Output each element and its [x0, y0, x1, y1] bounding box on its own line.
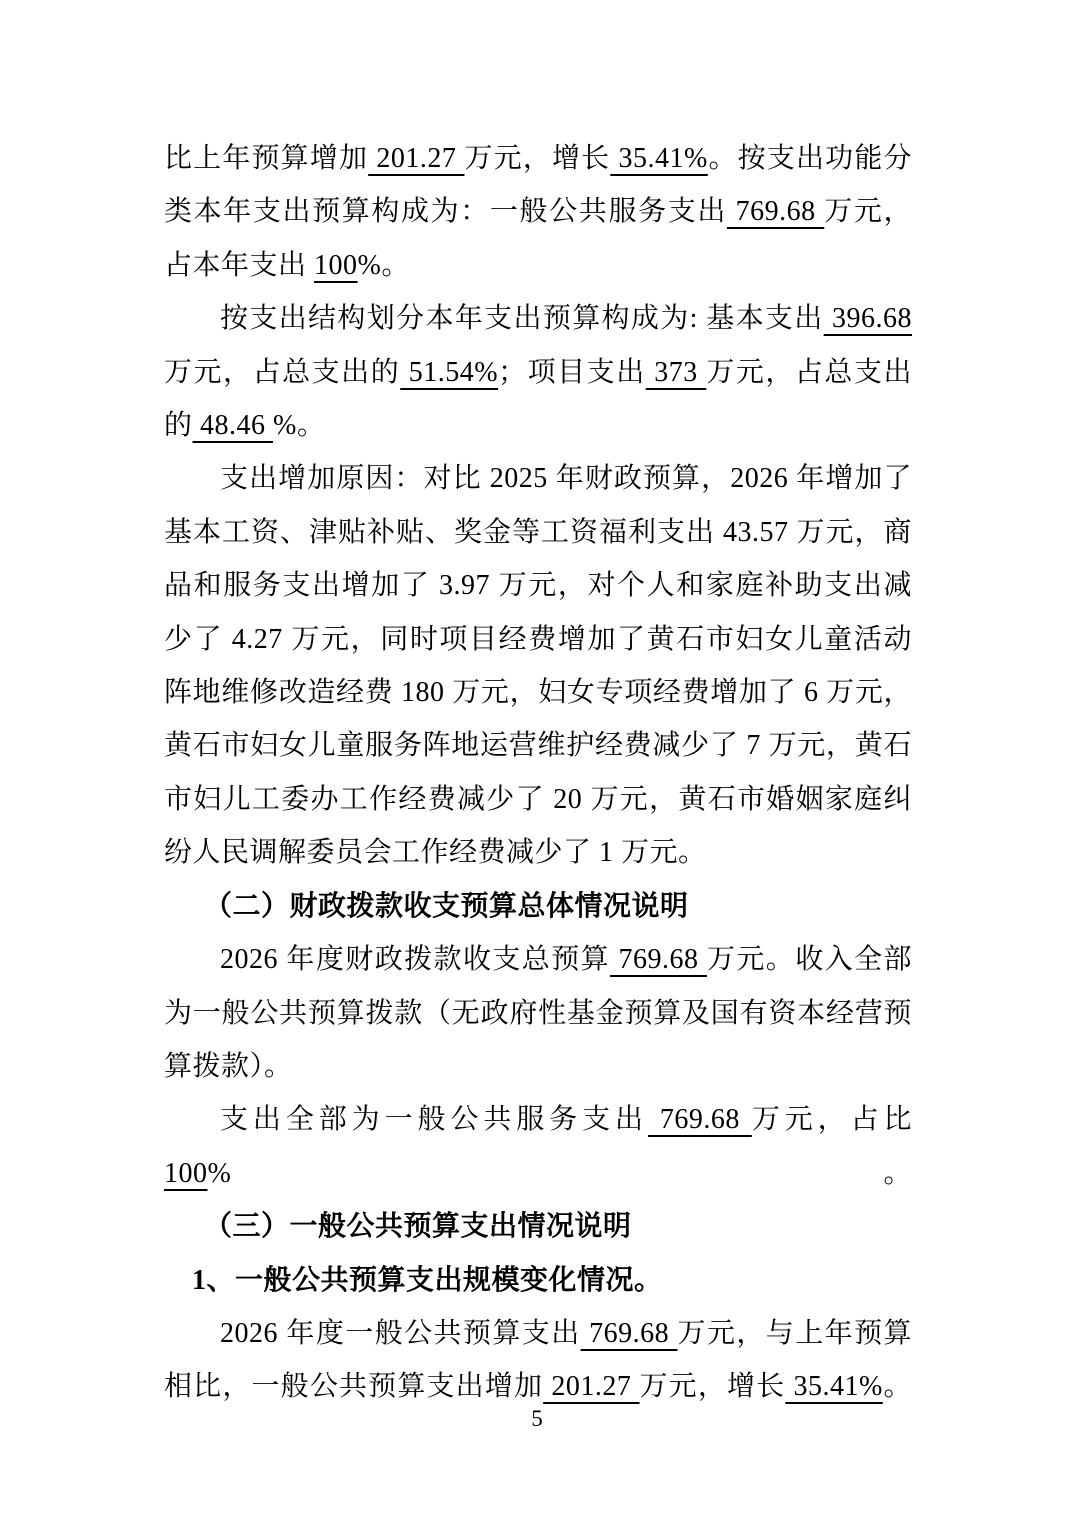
text-segment: 阵地维修改造经费 180 万元，妇女专项经费增加了 6 万元，: [164, 677, 912, 708]
text-segment: 2026 年度一般公共预算支出: [220, 1318, 581, 1349]
text-segment: 纷人民调解委员会工作经费减少了 1 万元。: [164, 837, 707, 868]
underlined-value: 396.68: [824, 303, 912, 334]
text-line: 的 48.46 %。: [164, 399, 912, 452]
document-lines: 比上年预算增加 201.27 万元，增长 35.41%。按支出功能分类本年支出预…: [164, 132, 912, 1414]
text-segment: 支出增加原因：对比 2025 年财政预算，2026 年增加了: [220, 463, 912, 494]
underlined-value: 373: [646, 357, 707, 388]
underlined-value: 100: [314, 250, 358, 281]
text-segment: 1、一般公共预算支出规模变化情况。: [192, 1265, 663, 1296]
text-line: 支出全部为一般公共服务支出 769.68 万元，占比 100%。: [164, 1093, 912, 1200]
text-line: 比上年预算增加 201.27 万元，增长 35.41%。按支出功能分: [164, 132, 912, 185]
sub-heading: 1、一般公共预算支出规模变化情况。: [164, 1254, 912, 1307]
text-line: 2026 年度一般公共预算支出 769.68 万元，与上年预算: [164, 1307, 912, 1360]
text-segment: 算拨款）。: [164, 1051, 293, 1082]
text-line: 2026 年度财政拨款收支总预算 769.68 万元。收入全部: [164, 933, 912, 986]
text-line: 品和服务支出增加了 3.97 万元，对个人和家庭补助支出减: [164, 559, 912, 612]
text-segment: （二）财政拨款收支预算总体情况说明: [204, 891, 689, 922]
section-heading: （三）一般公共预算支出情况说明: [164, 1200, 912, 1253]
text-segment: 黄石市妇女儿童服务阵地运营维护经费减少了 7 万元，黄石: [164, 730, 912, 761]
text-line: 算拨款）。: [164, 1040, 912, 1093]
text-line: 阵地维修改造经费 180 万元，妇女专项经费增加了 6 万元，: [164, 666, 912, 719]
text-segment: %。: [358, 250, 410, 281]
text-segment: 少了 4.27 万元，同时项目经费增加了黄石市妇女儿童活动: [164, 624, 912, 655]
underlined-value: 35.41%: [610, 143, 708, 174]
page-number: 5: [0, 1404, 1074, 1434]
text-segment: 万元，占比: [752, 1104, 912, 1135]
text-segment: 的: [164, 410, 193, 441]
text-segment: 比上年预算增加: [164, 143, 368, 174]
underlined-value: 51.54%: [400, 357, 498, 388]
text-segment: 市妇儿工委办工作经费减少了 20 万元，黄石市婚姻家庭纠: [164, 784, 912, 815]
text-segment: 万元，: [824, 196, 912, 227]
section-heading: （二）财政拨款收支预算总体情况说明: [164, 880, 912, 933]
text-segment: 万元，占总支出: [706, 357, 912, 388]
text-segment: %。: [273, 410, 325, 441]
text-line: 万元，占总支出的 51.54%；项目支出 373 万元，占总支出: [164, 346, 912, 399]
underlined-value: 100: [164, 1158, 208, 1189]
text-line: 按支出结构划分本年支出预算构成为: 基本支出 396.68: [164, 292, 912, 345]
underlined-value: 201.27: [543, 1371, 639, 1402]
text-line: 类本年支出预算构成为：一般公共服务支出 769.68 万元，: [164, 185, 912, 238]
text-segment: 基本工资、津贴补贴、奖金等工资福利支出 43.57 万元，商: [164, 517, 912, 548]
text-segment: 。按支出功能分: [708, 143, 912, 174]
text-segment: 。: [883, 1371, 912, 1402]
text-line: 黄石市妇女儿童服务阵地运营维护经费减少了 7 万元，黄石: [164, 719, 912, 772]
text-segment: 占本年支出: [164, 250, 314, 281]
underlined-value: 769.68: [581, 1318, 678, 1349]
text-line: 支出增加原因：对比 2025 年财政预算，2026 年增加了: [164, 452, 912, 505]
text-segment: ；项目支出: [498, 357, 646, 388]
text-line: 基本工资、津贴补贴、奖金等工资福利支出 43.57 万元，商: [164, 506, 912, 559]
underlined-value: 201.27: [368, 143, 464, 174]
underlined-value: 35.41%: [785, 1371, 883, 1402]
text-segment: 类本年支出预算构成为：一般公共服务支出: [164, 196, 727, 227]
text-line: 纷人民调解委员会工作经费减少了 1 万元。: [164, 826, 912, 879]
text-segment: %。: [208, 1158, 913, 1189]
text-segment: 万元，增长: [465, 143, 611, 174]
underlined-value: 769.68: [727, 196, 824, 227]
underlined-value: 48.46: [193, 410, 274, 441]
text-line: 占本年支出 100%。: [164, 239, 912, 292]
underlined-value: 769.68: [648, 1104, 752, 1135]
text-line: 市妇儿工委办工作经费减少了 20 万元，黄石市婚姻家庭纠: [164, 773, 912, 826]
text-segment: 按支出结构划分本年支出预算构成为: 基本支出: [220, 303, 824, 334]
text-segment: 2026 年度财政拨款收支总预算: [220, 944, 610, 975]
text-segment: 品和服务支出增加了 3.97 万元，对个人和家庭补助支出减: [164, 570, 912, 601]
text-segment: 支出全部为一般公共服务支出: [220, 1104, 648, 1135]
text-segment: 万元，增长: [640, 1371, 786, 1402]
text-segment: （三）一般公共预算支出情况说明: [204, 1211, 632, 1242]
text-line: 少了 4.27 万元，同时项目经费增加了黄石市妇女儿童活动: [164, 613, 912, 666]
text-segment: 万元。收入全部: [707, 944, 912, 975]
text-segment: 相比，一般公共预算支出增加: [164, 1371, 543, 1402]
text-segment: 万元，占总支出的: [164, 357, 400, 388]
underlined-value: 769.68: [610, 944, 707, 975]
text-segment: 为一般公共预算拨款（无政府性基金预算及国有资本经营预: [164, 998, 912, 1029]
text-segment: 万元，与上年预算: [678, 1318, 912, 1349]
text-line: 为一般公共预算拨款（无政府性基金预算及国有资本经营预: [164, 987, 912, 1040]
